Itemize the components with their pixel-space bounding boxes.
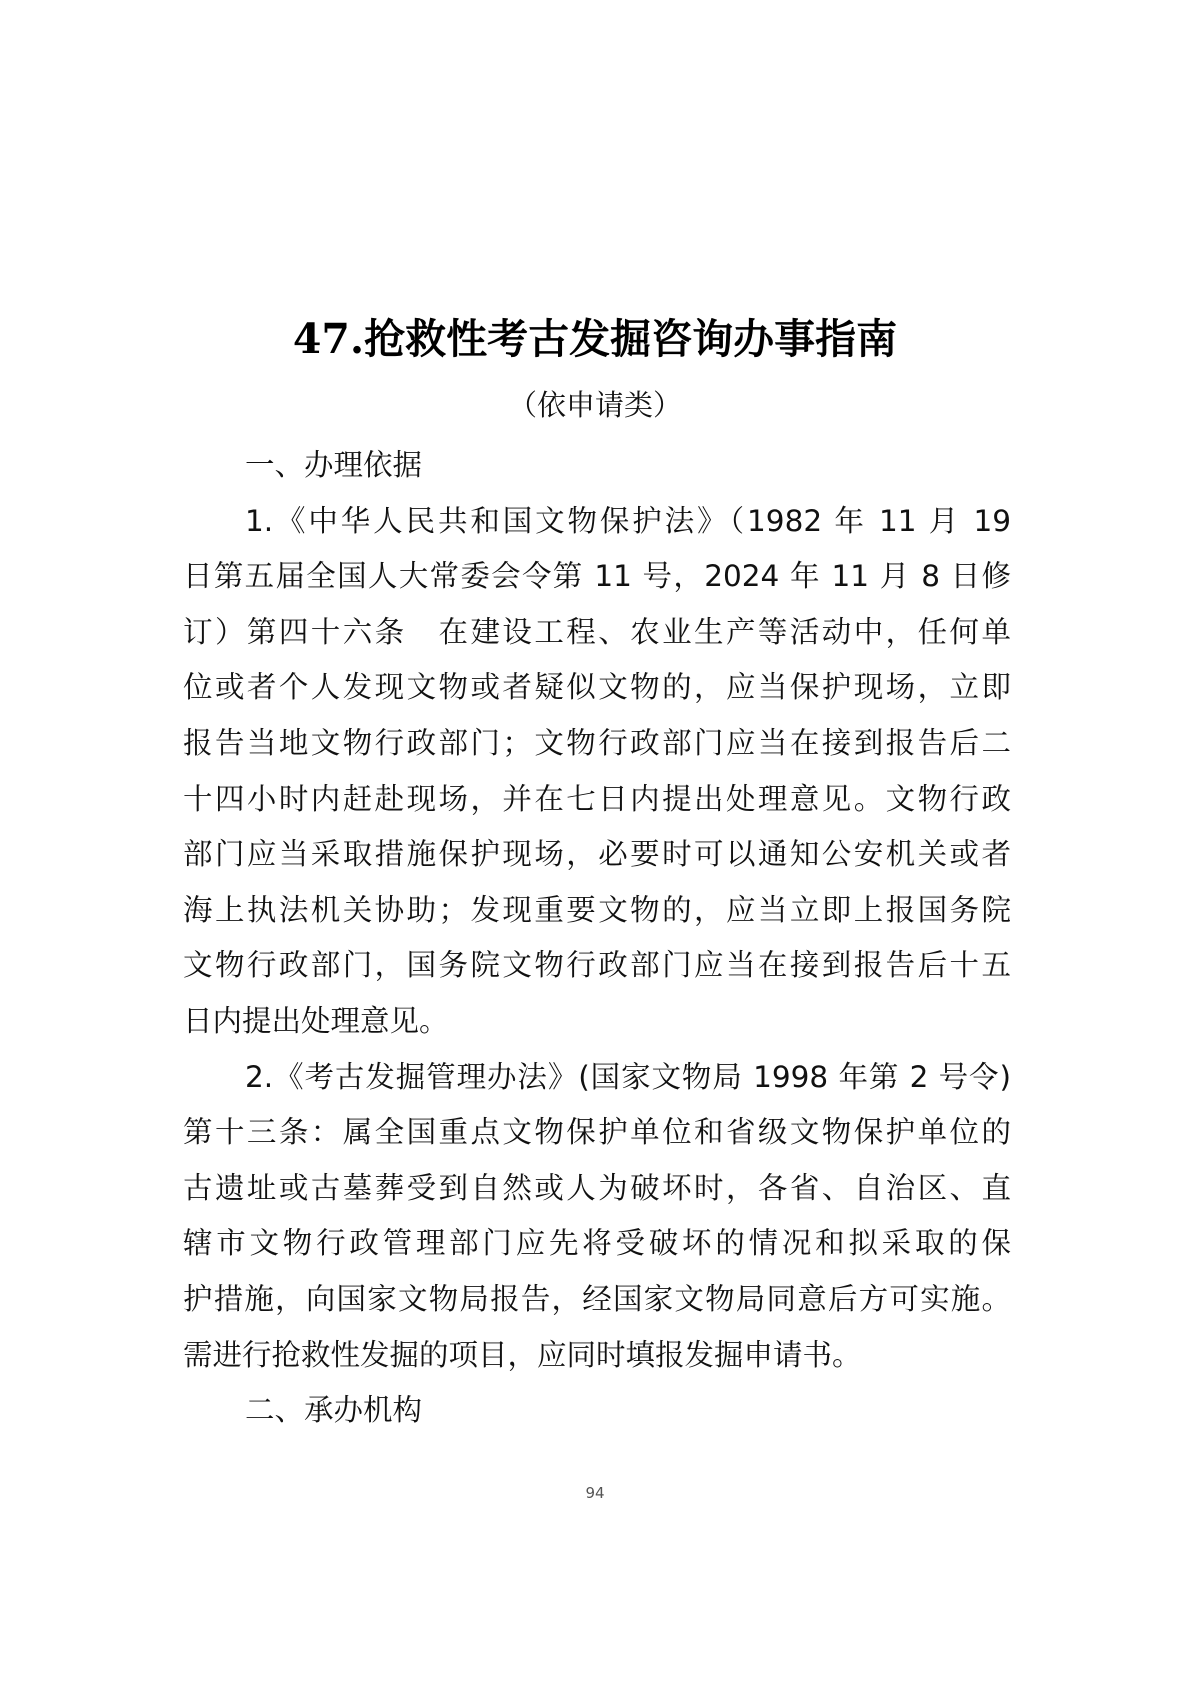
- text-line: 辖市文物行政管理部门应先将受破坏的情况和拟采取的保: [183, 1216, 1011, 1272]
- document-title: 47.抢救性考古发掘咨询办事指南: [0, 312, 1190, 366]
- text-line: 古遗址或古墓葬受到自然或人为破坏时，各省、自治区、直: [183, 1161, 1011, 1217]
- text-line: 日内提出处理意见。: [183, 994, 1011, 1050]
- section-heading-agency: 二、承办机构: [183, 1383, 1011, 1439]
- section-heading-basis: 一、办理依据: [183, 438, 1011, 494]
- text-line: 第十三条：属全国重点文物保护单位和省级文物保护单位的: [183, 1105, 1011, 1161]
- text-line: 报告当地文物行政部门；文物行政部门应当在接到报告后二: [183, 716, 1011, 772]
- page-number: 94: [0, 1483, 1190, 1503]
- text-line: 日第五届全国人大常委会令第 11 号，2024 年 11 月 8 日修: [183, 549, 1011, 605]
- text-line: 文物行政部门，国务院文物行政部门应当在接到报告后十五: [183, 938, 1011, 994]
- text-line: 部门应当采取措施保护现场，必要时可以通知公安机关或者: [183, 827, 1011, 883]
- text-line: 1.《中华人民共和国文物保护法》（1982 年 11 月 19: [183, 494, 1011, 550]
- document-page: 47.抢救性考古发掘咨询办事指南 （依申请类） 一、办理依据 1.《中华人民共和…: [0, 0, 1190, 1683]
- document-subtitle: （依申请类）: [0, 385, 1190, 425]
- text-line: 订）第四十六条 在建设工程、农业生产等活动中，任何单: [183, 605, 1011, 661]
- text-line: 位或者个人发现文物或者疑似文物的，应当保护现场，立即: [183, 660, 1011, 716]
- paragraph-excavation-measures: 2.《考古发掘管理办法》(国家文物局 1998 年第 2 号令) 第十三条：属全…: [183, 1050, 1011, 1384]
- document-body: 一、办理依据 1.《中华人民共和国文物保护法》（1982 年 11 月 19 日…: [183, 438, 1011, 1439]
- text-line: 十四小时内赶赴现场，并在七日内提出处理意见。文物行政: [183, 772, 1011, 828]
- paragraph-cultural-relics-law: 1.《中华人民共和国文物保护法》（1982 年 11 月 19 日第五届全国人大…: [183, 494, 1011, 1050]
- text-line: 海上执法机关协助；发现重要文物的，应当立即上报国务院: [183, 883, 1011, 939]
- text-line: 护措施，向国家文物局报告，经国家文物局同意后方可实施。: [183, 1272, 1011, 1328]
- text-line: 需进行抢救性发掘的项目，应同时填报发掘申请书。: [183, 1328, 1011, 1384]
- text-line: 2.《考古发掘管理办法》(国家文物局 1998 年第 2 号令): [183, 1050, 1011, 1106]
